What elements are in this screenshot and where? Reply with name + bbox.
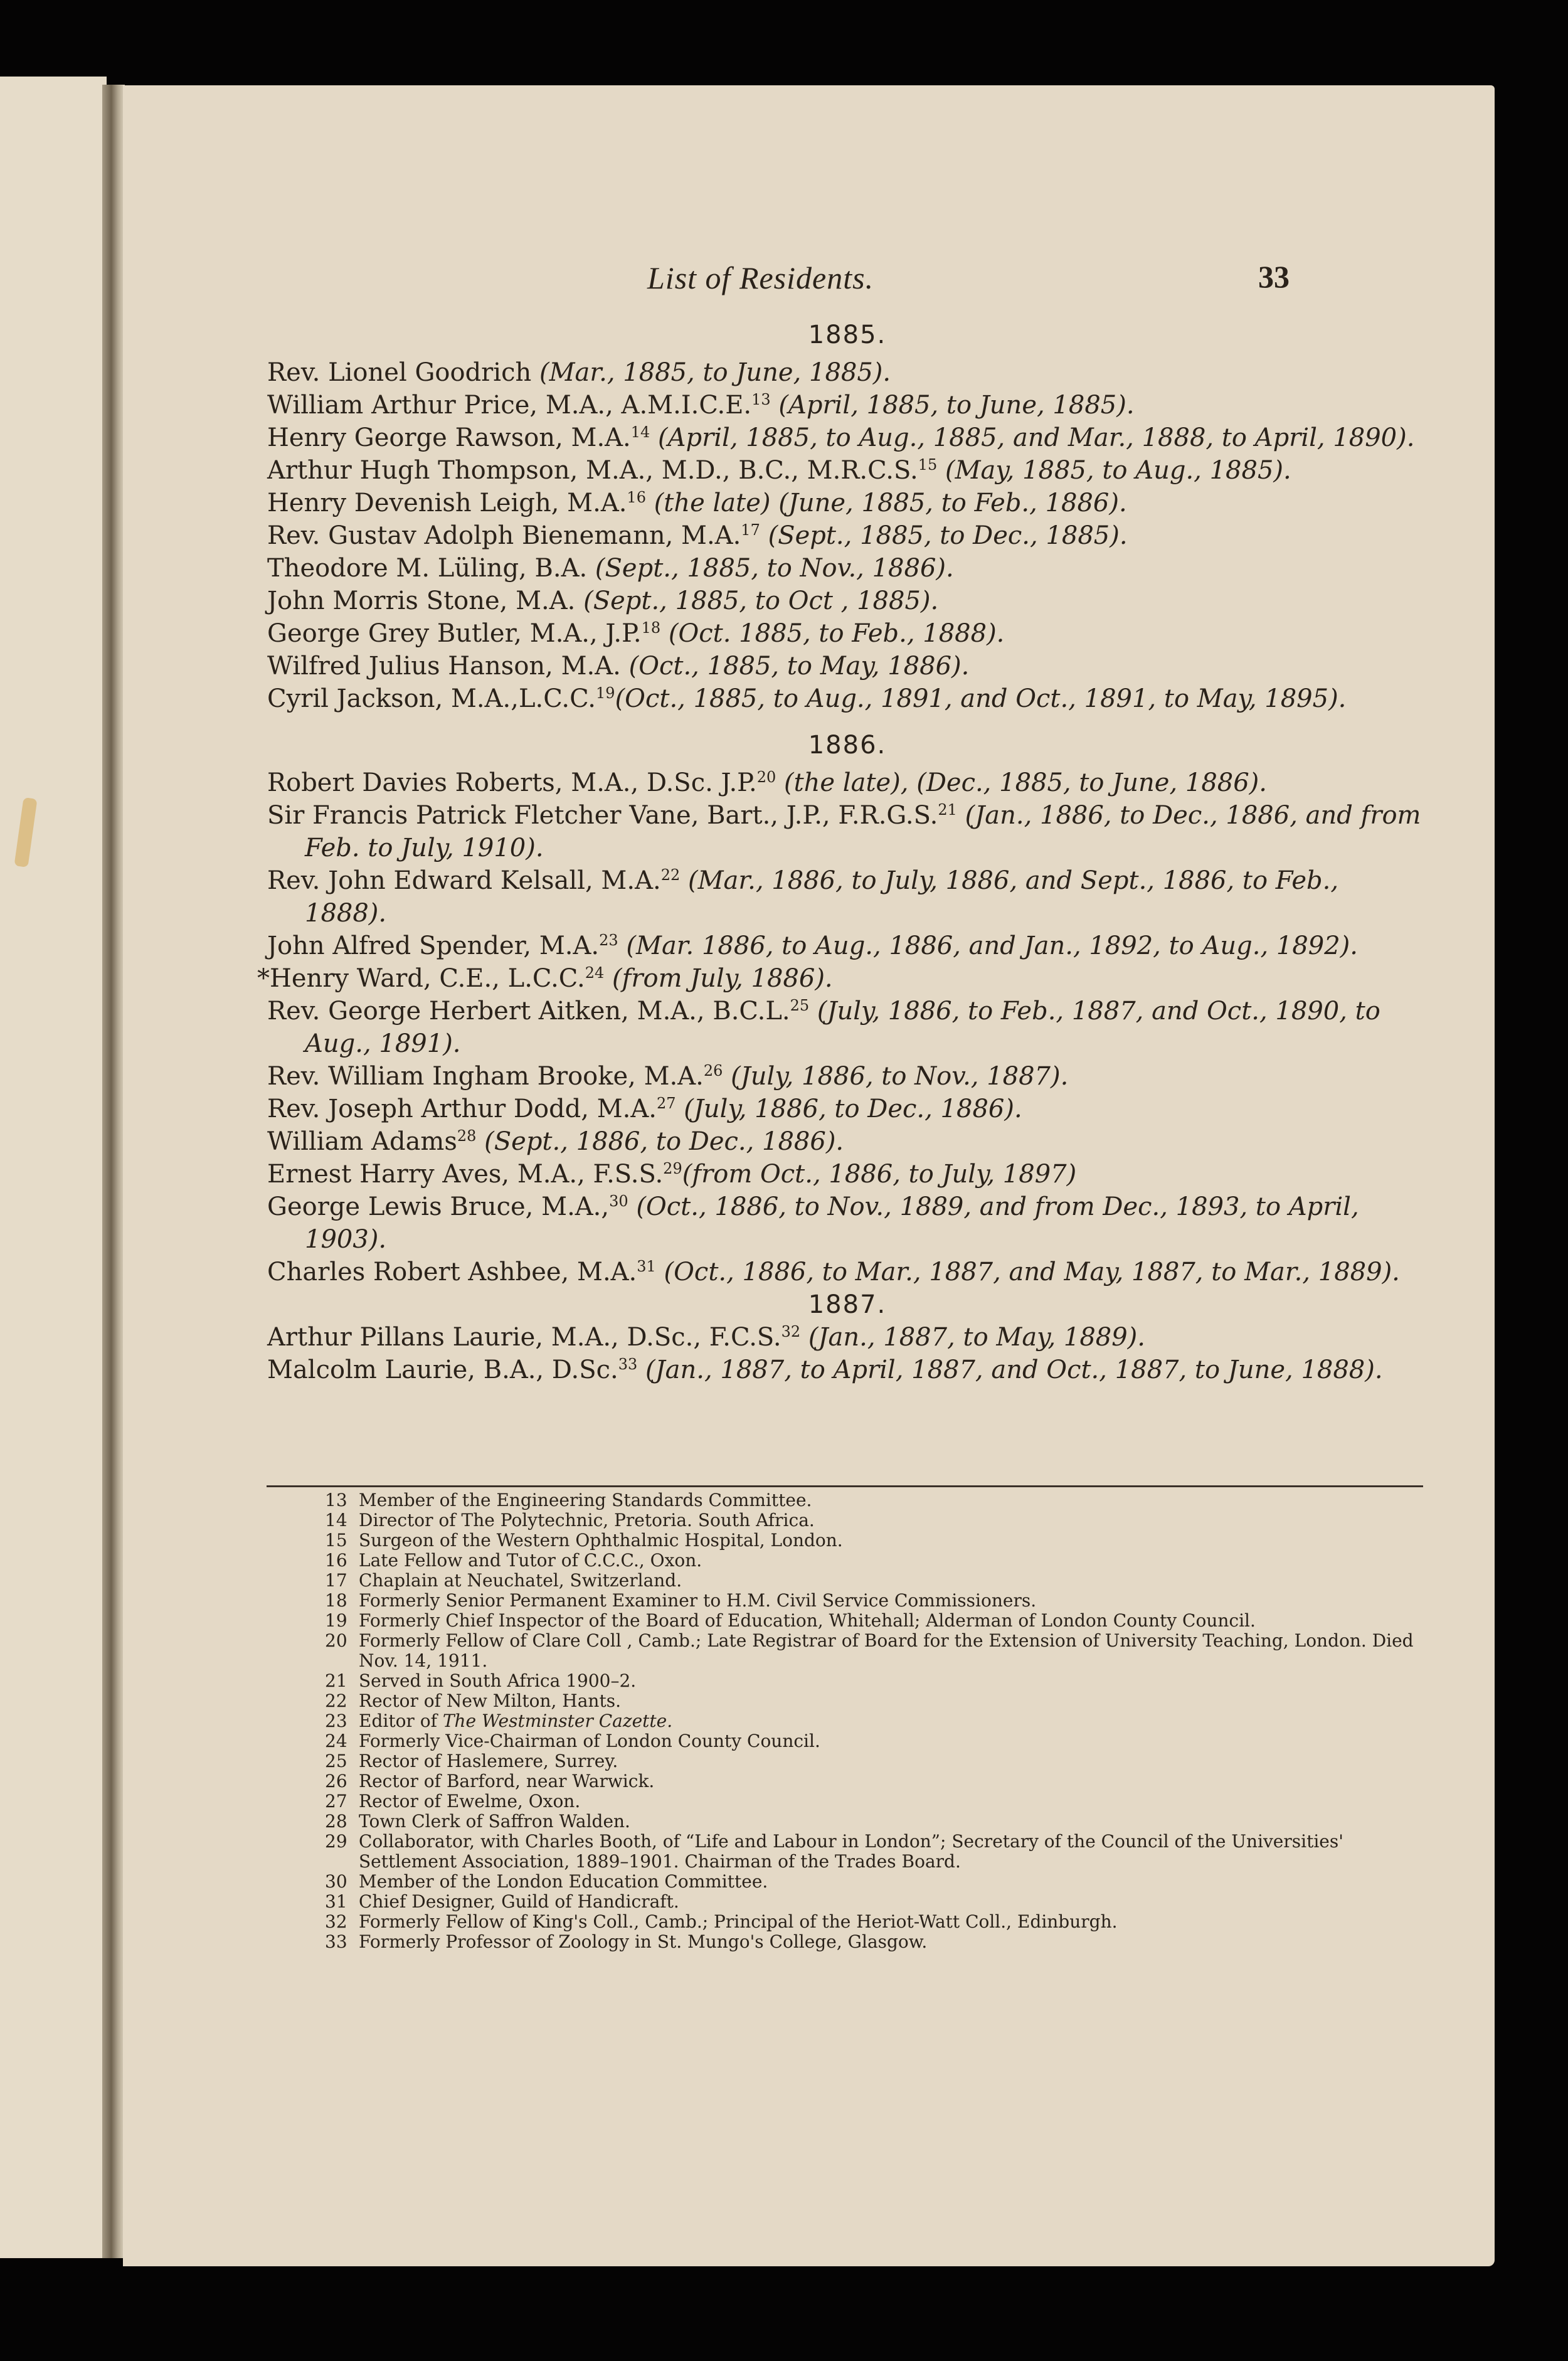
footnote: 23Editor of The Westminster Cazette. [325, 1711, 1441, 1731]
footnote-ref: 32 [781, 1323, 801, 1340]
asterisk-marker: * [257, 964, 270, 993]
footnote: 30Member of the London Education Committ… [325, 1872, 1441, 1892]
footnote-ref: 17 [741, 521, 760, 539]
resident-entry: Henry Devenish Leigh, M.A.16 (the late) … [267, 487, 1428, 519]
footnote-ref: 14 [631, 423, 650, 441]
resident-entry: Rev. Lionel Goodrich (Mar., 1885, to Jun… [267, 356, 1428, 389]
footnote-ref: 25 [790, 997, 810, 1014]
footnote-ref: 21 [938, 801, 957, 819]
footnote: 22Rector of New Milton, Hants. [325, 1691, 1441, 1711]
footnote: 29Collaborator, with Charles Booth, of “… [325, 1832, 1441, 1872]
resident-entry: Sir Francis Patrick Fletcher Vane, Bart.… [267, 799, 1428, 864]
resident-entry: Cyril Jackson, M.A.,L.C.C.19(Oct., 1885,… [267, 682, 1428, 715]
facing-page-edge [0, 77, 107, 2258]
footnote: 14Director of The Polytechnic, Pretoria.… [325, 1510, 1441, 1531]
footnote: 17Chaplain at Neuchatel, Switzerland. [325, 1571, 1441, 1591]
footnote-ref: 26 [704, 1062, 723, 1080]
resident-entry: Theodore M. Lüling, B.A. (Sept., 1885, t… [267, 552, 1428, 585]
footnote: 20Formerly Fellow of Clare Coll , Camb.;… [325, 1631, 1441, 1671]
year-heading: 1886. [267, 729, 1428, 761]
book-gutter [102, 85, 125, 2258]
book-page: List of Residents. 33 1885. Rev. Lionel … [123, 85, 1495, 2266]
running-title: List of Residents. [647, 260, 874, 296]
publication-title: The Westminster Cazette. [443, 1711, 672, 1731]
page-number: 33 [1258, 258, 1290, 295]
resident-entry: Wilfred Julius Hanson, M.A. (Oct., 1885,… [267, 650, 1428, 682]
footnote: 32Formerly Fellow of King's Coll., Camb.… [325, 1912, 1441, 1932]
resident-entry: William Arthur Price, M.A., A.M.I.C.E.13… [267, 389, 1428, 422]
footnote: 24Formerly Vice-Chairman of London Count… [325, 1731, 1441, 1751]
resident-entry: Rev. John Edward Kelsall, M.A.22 (Mar., … [267, 864, 1428, 930]
footnote-ref: 13 [751, 391, 771, 408]
footnote: 19Formerly Chief Inspector of the Board … [325, 1611, 1441, 1631]
footnote: 21Served in South Africa 1900–2. [325, 1671, 1441, 1691]
resident-entry: John Morris Stone, M.A. (Sept., 1885, to… [267, 585, 1428, 617]
resident-entry: William Adams28 (Sept., 1886, to Dec., 1… [267, 1125, 1428, 1158]
footnote-ref: 16 [627, 489, 646, 506]
resident-entry: Rev. George Herbert Aitken, M.A., B.C.L.… [267, 995, 1428, 1060]
footnote-ref: 28 [457, 1127, 477, 1145]
footnote-ref: 20 [757, 768, 776, 786]
footnote-divider [267, 1485, 1423, 1487]
footnote: 25Rector of Haslemere, Surrey. [325, 1751, 1441, 1771]
footnote: 16Late Fellow and Tutor of C.C.C., Oxon. [325, 1551, 1441, 1571]
resident-entry: Charles Robert Ashbee, M.A.31 (Oct., 188… [267, 1256, 1428, 1288]
footnote-ref: 23 [599, 931, 618, 949]
resident-entry: Arthur Hugh Thompson, M.A., M.D., B.C., … [267, 454, 1428, 487]
footnote: 28Town Clerk of Saffron Walden. [325, 1812, 1441, 1832]
footnote-ref: 22 [661, 866, 681, 884]
year-heading: 1885. [267, 319, 1428, 351]
footnote: 18Formerly Senior Permanent Examiner to … [325, 1591, 1441, 1611]
resident-entry: *Henry Ward, C.E., L.C.C.24 (from July, … [267, 962, 1428, 995]
resident-entry: John Alfred Spender, M.A.23 (Mar. 1886, … [267, 930, 1428, 962]
paper-stain [14, 797, 37, 867]
resident-entry: George Grey Butler, M.A., J.P.18 (Oct. 1… [267, 617, 1428, 650]
footnote-ref: 24 [585, 964, 605, 982]
footnote: 31Chief Designer, Guild of Handicraft. [325, 1892, 1441, 1912]
resident-entry: Arthur Pillans Laurie, M.A., D.Sc., F.C.… [267, 1321, 1428, 1354]
resident-entry: Rev. Joseph Arthur Dodd, M.A.27 (July, 1… [267, 1093, 1428, 1125]
footnote: 13Member of the Engineering Standards Co… [325, 1490, 1441, 1510]
resident-entry: Henry George Rawson, M.A.14 (April, 1885… [267, 422, 1428, 454]
footnote-ref: 15 [918, 456, 938, 474]
footnotes: 13Member of the Engineering Standards Co… [325, 1490, 1441, 1952]
footnote-ref: 29 [663, 1160, 682, 1177]
footnote-ref: 18 [642, 619, 661, 637]
footnote-ref: 19 [596, 684, 615, 702]
residents-list: 1885. Rev. Lionel Goodrich (Mar., 1885, … [267, 319, 1428, 1386]
footnote-ref: 33 [618, 1356, 638, 1373]
footnote-ref: 27 [657, 1095, 676, 1112]
footnote: 33Formerly Professor of Zoology in St. M… [325, 1932, 1441, 1952]
footnote-ref: 30 [609, 1192, 628, 1210]
resident-entry: Malcolm Laurie, B.A., D.Sc.33 (Jan., 188… [267, 1354, 1428, 1386]
footnote-ref: 31 [637, 1258, 656, 1275]
year-heading: 1887. [267, 1288, 1428, 1321]
resident-entry: Ernest Harry Aves, M.A., F.S.S.29(from O… [267, 1158, 1428, 1191]
resident-entry: Rev. William Ingham Brooke, M.A.26 (July… [267, 1060, 1428, 1093]
footnote: 26Rector of Barford, near Warwick. [325, 1771, 1441, 1791]
resident-entry: Rev. Gustav Adolph Bienemann, M.A.17 (Se… [267, 519, 1428, 552]
footnote: 27Rector of Ewelme, Oxon. [325, 1791, 1441, 1812]
resident-entry: Robert Davies Roberts, M.A., D.Sc. J.P.2… [267, 767, 1428, 799]
resident-entry: George Lewis Bruce, M.A.,30 (Oct., 1886,… [267, 1191, 1428, 1256]
footnote: 15Surgeon of the Western Ophthalmic Hosp… [325, 1531, 1441, 1551]
